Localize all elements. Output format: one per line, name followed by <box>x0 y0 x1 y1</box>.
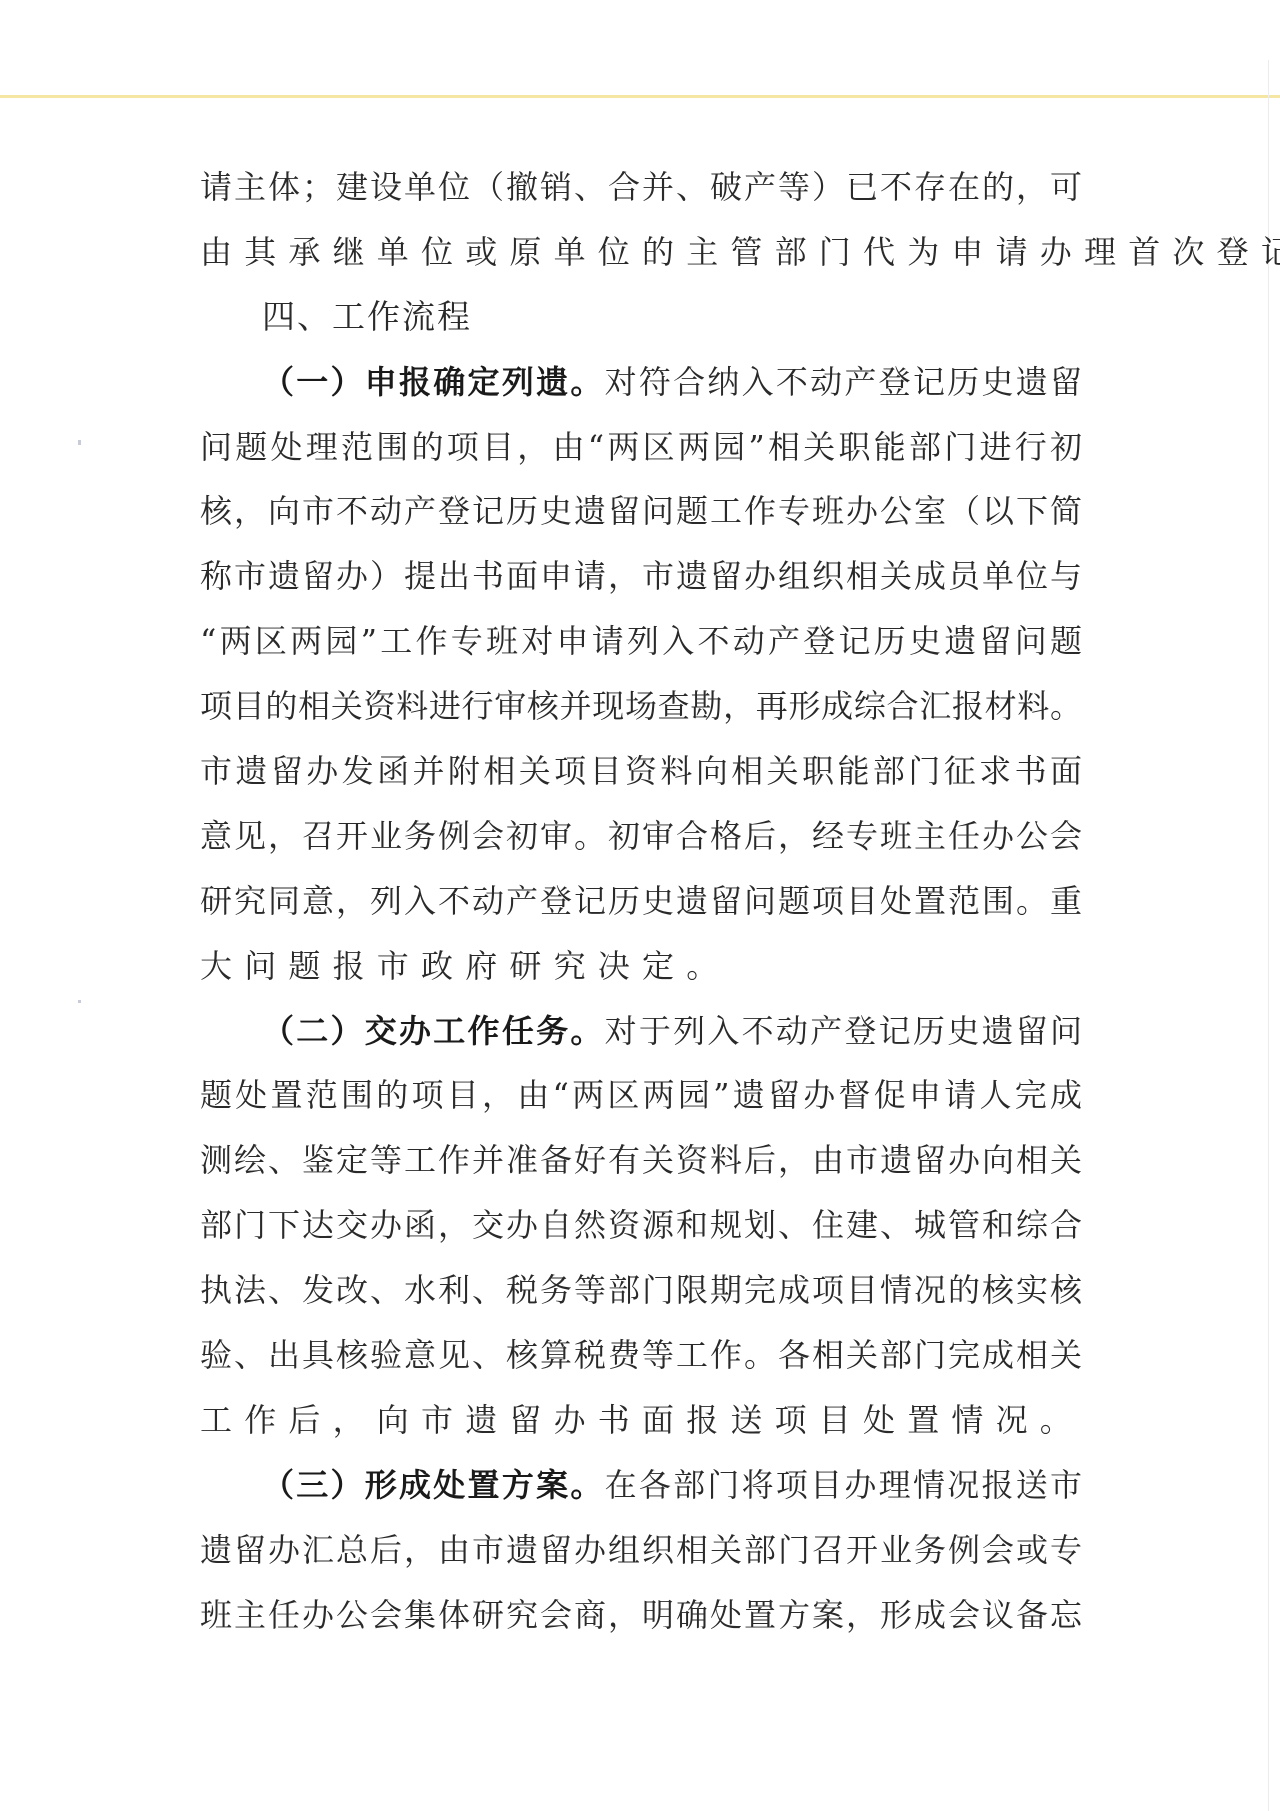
subsection-title: （一）申报确定列遗。 <box>262 363 605 401</box>
body-line: 验、出具核验意见、核算税费等工作。各相关部门完成相关 <box>200 1323 1082 1388</box>
body-line: 工作后，向市遗留办书面报送项目处置情况。 <box>200 1388 1082 1453</box>
body-line: 项目的相关资料进行审核并现场查勘，再形成综合汇报材料。 <box>200 674 1082 739</box>
body-line: 测绘、鉴定等工作并准备好有关资料后，由市遗留办向相关 <box>200 1128 1082 1193</box>
body-line: 部门下达交办函，交办自然资源和规划、住建、城管和综合 <box>200 1193 1082 1258</box>
body-line: “两区两园”工作专班对申请列入不动产登记历史遗留问题 <box>200 609 1082 674</box>
body-line: 由其承继单位或原单位的主管部门代为申请办理首次登记。 <box>200 220 1082 285</box>
body-line: 遗留办汇总后，由市遗留办组织相关部门召开业务例会或专 <box>200 1518 1082 1583</box>
body-line: 题处置范围的项目，由“两区两园”遗留办督促申请人完成 <box>200 1063 1082 1128</box>
body-line: 问题处理范围的项目，由“两区两园”相关职能部门进行初 <box>200 415 1082 480</box>
body-line: 核，向市不动产登记历史遗留问题工作专班办公室（以下简 <box>200 479 1082 544</box>
body-line: 班主任办公会集体研究会商，明确处置方案，形成会议备忘 <box>200 1583 1082 1648</box>
body-line: 称市遗留办）提出书面申请，市遗留办组织相关成员单位与 <box>200 544 1082 609</box>
subsection-first-line: （三）形成处置方案。在各部门将项目办理情况报送市 <box>200 1453 1082 1518</box>
document-page: 请主体；建设单位（撤销、合并、破产等）已不存在的，可 由其承继单位或原单位的主管… <box>200 155 1082 1647</box>
subsection-first-line: （一）申报确定列遗。对符合纳入不动产登记历史遗留 <box>200 350 1082 415</box>
scan-speck <box>78 440 81 445</box>
subsection-title: （二）交办工作任务。 <box>262 1012 605 1050</box>
body-line: 市遗留办发函并附相关项目资料向相关职能部门征求书面 <box>200 739 1082 804</box>
body-line: 意见，召开业务例会初审。初审合格后，经专班主任办公会 <box>200 804 1082 869</box>
scan-edge-line <box>1268 60 1269 1811</box>
body-line: 执法、发改、水利、税务等部门限期完成项目情况的核实核 <box>200 1258 1082 1323</box>
top-rule-divider <box>0 95 1280 98</box>
body-text: 在各部门将项目办理情况报送市 <box>605 1466 1082 1504</box>
section-heading: 四、工作流程 <box>200 285 1082 350</box>
subsection-first-line: （二）交办工作任务。对于列入不动产登记历史遗留问 <box>200 999 1082 1064</box>
scan-speck <box>78 1000 81 1003</box>
body-line: 研究同意，列入不动产登记历史遗留问题项目处置范围。重 <box>200 869 1082 934</box>
body-text: 对符合纳入不动产登记历史遗留 <box>605 363 1082 401</box>
subsection-title: （三）形成处置方案。 <box>262 1466 605 1504</box>
body-text: 对于列入不动产登记历史遗留问 <box>605 1012 1082 1050</box>
body-line: 请主体；建设单位（撤销、合并、破产等）已不存在的，可 <box>200 155 1082 220</box>
body-line: 大问题报市政府研究决定。 <box>200 934 1082 999</box>
